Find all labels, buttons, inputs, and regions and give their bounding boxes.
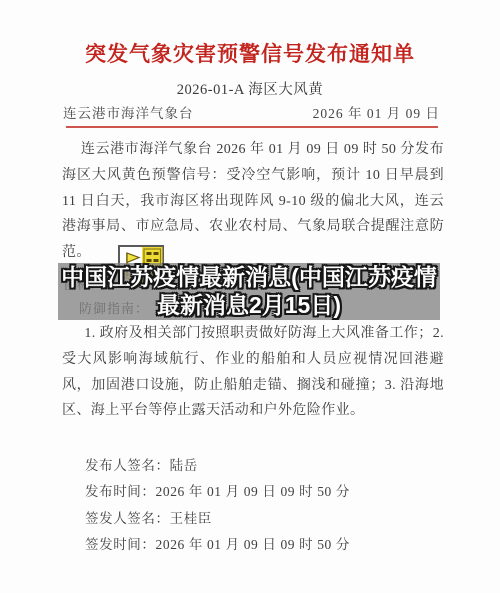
header-row: 连云港市海洋气象台 2026 年 01 月 09 日 [63,102,440,122]
watermark-overlay: 中国江苏疫情最新消息(中国江苏疫情 最新消息2月15日) [58,263,440,320]
signature-block: 发布人签名：陆岳 发布时间：2026 年 01 月 09 日 09 时 50 分… [85,453,350,558]
watermark-line2: 最新消息2月15日) [157,292,341,320]
publisher-signature-line: 发布人签名：陆岳 [85,453,350,479]
publish-time-line: 发布时间：2026 年 01 月 09 日 09 时 50 分 [85,479,350,505]
defense-guide-text: 1. 政府及相关部门按照职责做好防海上大风准备工作；2. 受大风影响海域航行、作… [62,321,444,424]
issuing-agency: 连云港市海洋气象台 [63,102,194,122]
red-divider [66,126,438,128]
issue-time-line: 签发时间：2026 年 01 月 09 日 09 时 50 分 [85,532,350,558]
watermark-line1: 中国江苏疫情最新消息(中国江苏疫情 [61,264,437,292]
page-title: 突发气象灾害预警信号发布通知单 [0,38,500,68]
doc-number: 2026-01-A 海区大风黄 [0,78,500,99]
header-date: 2026 年 01 月 09 日 [313,102,440,122]
issuer-signature-line: 签发人签名：王桂臣 [85,506,350,532]
notice-document: 突发气象灾害预警信号发布通知单 2026-01-A 海区大风黄 连云港市海洋气象… [0,0,500,593]
